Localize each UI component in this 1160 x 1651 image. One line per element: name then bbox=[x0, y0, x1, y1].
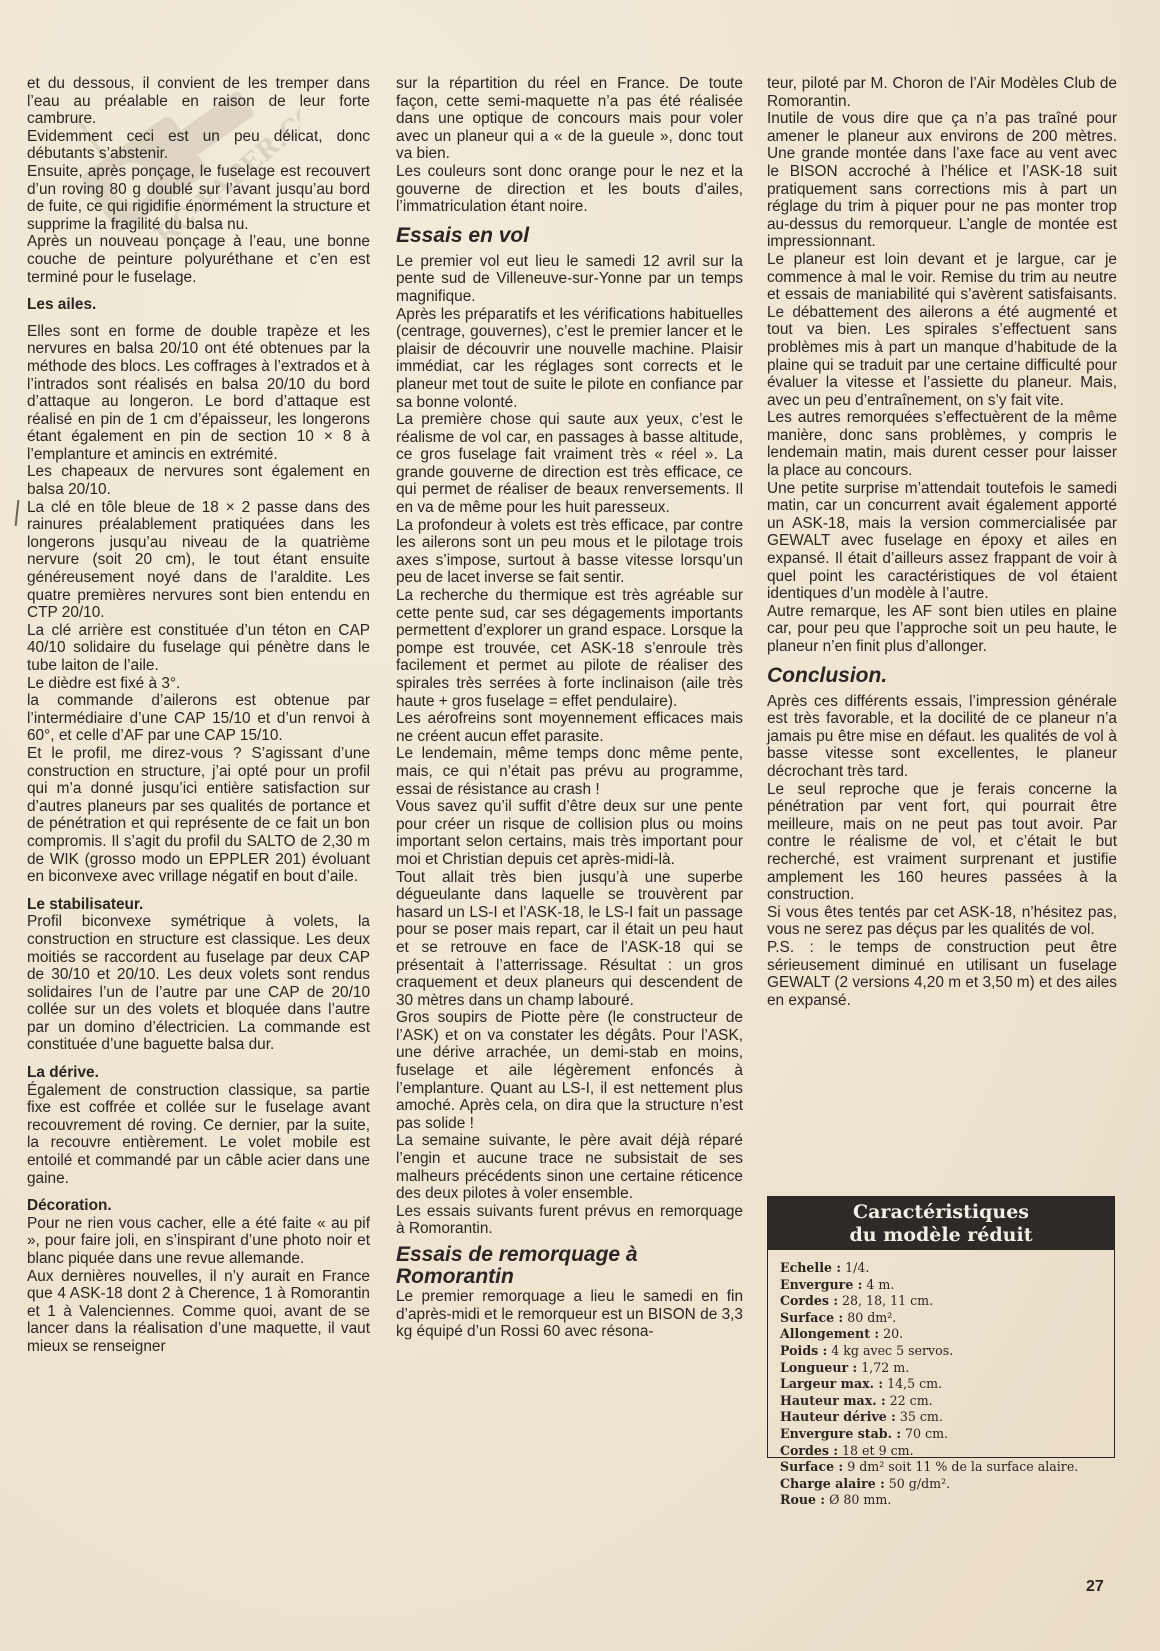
paragraph: Après un nouveau ponçage à l’eau, une bo… bbox=[27, 233, 370, 286]
paragraph: P.S. : le temps de construction peut êtr… bbox=[767, 939, 1117, 1009]
paragraph: Une petite surprise m’attendait toutefoi… bbox=[767, 480, 1117, 603]
subheading-stabilisateur: Le stabilisateur. bbox=[27, 896, 370, 914]
paragraph: Profil biconvexe symétrique à volets, la… bbox=[27, 913, 370, 1054]
specifications-title-line-1: Caractéristiques bbox=[768, 1201, 1114, 1224]
spec-item: Echelle : 1/4. bbox=[780, 1260, 1102, 1277]
paragraph: Aux dernières nouvelles, il n’y aurait e… bbox=[27, 1268, 370, 1356]
specifications-list: Echelle : 1/4. Envergure : 4 m. Cordes :… bbox=[768, 1250, 1114, 1509]
paragraph: La profondeur à volets est très efficace… bbox=[396, 517, 743, 587]
paragraph: Le dièdre est fixé à 3°. bbox=[27, 675, 370, 693]
paragraph: et du dessous, il convient de les trempe… bbox=[27, 75, 370, 128]
paragraph: La clé arrière est constituée d’un téton… bbox=[27, 622, 370, 675]
paragraph: Les essais suivants furent prévus en rem… bbox=[396, 1203, 743, 1238]
margin-pencil-mark bbox=[15, 500, 20, 526]
paragraph: La semaine suivante, le père avait déjà … bbox=[396, 1132, 743, 1202]
paragraph: Les aérofreins sont moyennement efficace… bbox=[396, 710, 743, 745]
paragraph: La recherche du thermique est très agréa… bbox=[396, 587, 743, 710]
spec-item: Envergure : 4 m. bbox=[780, 1277, 1102, 1294]
spec-item: Largeur max. : 14,5 cm. bbox=[780, 1376, 1102, 1393]
article-column-2: sur la répartition du réel en France. De… bbox=[396, 75, 743, 1341]
article-column-3: teur, piloté par M. Choron de l’Air Modè… bbox=[767, 75, 1117, 1009]
paragraph: Le planeur est loin devant et je largue,… bbox=[767, 251, 1117, 409]
subheading-derive: La dérive. bbox=[27, 1064, 370, 1082]
paragraph: Elles sont en forme de double trapèze et… bbox=[27, 323, 370, 464]
paragraph: Après les préparatifs et les vérificatio… bbox=[396, 306, 743, 412]
spec-item: Surface : 9 dm² soit 11 % de la surface … bbox=[780, 1459, 1102, 1476]
paragraph: Le seul reproche que je ferais concerne … bbox=[767, 781, 1117, 904]
spec-item: Longueur : 1,72 m. bbox=[780, 1360, 1102, 1377]
specifications-title: Caractéristiques du modèle réduit bbox=[768, 1197, 1114, 1250]
paragraph: Le premier vol eut lieu le samedi 12 avr… bbox=[396, 253, 743, 306]
paragraph: Après ces différents essais, l’impressio… bbox=[767, 693, 1117, 781]
paragraph: Et le profil, me direz-vous ? S’agissant… bbox=[27, 745, 370, 886]
paragraph: Les couleurs sont donc orange pour le ne… bbox=[396, 163, 743, 216]
section-heading-essais-en-vol: Essais en vol bbox=[396, 225, 743, 247]
specifications-box: Caractéristiques du modèle réduit Echell… bbox=[767, 1196, 1115, 1458]
paragraph: La première chose qui saute aux yeux, c’… bbox=[396, 411, 743, 517]
paragraph: Ensuite, après ponçage, le fuselage est … bbox=[27, 163, 370, 233]
spec-item: Cordes : 18 et 9 cm. bbox=[780, 1443, 1102, 1460]
paragraph: Le premier remorquage a lieu le samedi e… bbox=[396, 1288, 743, 1341]
paragraph: Gros soupirs de Piotte père (le construc… bbox=[396, 1009, 743, 1132]
spec-item: Hauteur max. : 22 cm. bbox=[780, 1393, 1102, 1410]
specifications-title-line-2: du modèle réduit bbox=[768, 1224, 1114, 1247]
spec-item: Cordes : 28, 18, 11 cm. bbox=[780, 1293, 1102, 1310]
paragraph: Également de construction classique, sa … bbox=[27, 1082, 370, 1188]
paragraph: sur la répartition du réel en France. De… bbox=[396, 75, 743, 163]
spec-item: Hauteur dérive : 35 cm. bbox=[780, 1409, 1102, 1426]
spec-item: Allongement : 20. bbox=[780, 1326, 1102, 1343]
spec-item: Poids : 4 kg avec 5 servos. bbox=[780, 1343, 1102, 1360]
paragraph: teur, piloté par M. Choron de l’Air Modè… bbox=[767, 75, 1117, 110]
paragraph: Pour ne rien vous cacher, elle a été fai… bbox=[27, 1215, 370, 1268]
paragraph: Evidemment ceci est un peu délicat, donc… bbox=[27, 128, 370, 163]
subheading-ailes: Les ailes. bbox=[27, 296, 370, 314]
subheading-decoration: Décoration. bbox=[27, 1197, 370, 1215]
page-number: 27 bbox=[1086, 1578, 1104, 1596]
paragraph: Le lendemain, même temps donc même pente… bbox=[396, 745, 743, 798]
section-heading-conclusion: Conclusion. bbox=[767, 665, 1117, 687]
article-column-1: et du dessous, il convient de les trempe… bbox=[27, 75, 370, 1356]
paragraph: La clé en tôle bleue de 18 × 2 passe dan… bbox=[27, 499, 370, 622]
paragraph: la commande d’ailerons est obtenue par l… bbox=[27, 692, 370, 745]
paragraph: Vous savez qu’il suffit d’être deux sur … bbox=[396, 798, 743, 868]
paragraph: Inutile de vous dire que ça n’a pas traî… bbox=[767, 110, 1117, 251]
paragraph: Si vous êtes tentés par cet ASK-18, n’hé… bbox=[767, 904, 1117, 939]
spec-item: Surface : 80 dm². bbox=[780, 1310, 1102, 1327]
spec-item: Charge alaire : 50 g/dm². bbox=[780, 1476, 1102, 1493]
spec-item: Roue : Ø 80 mm. bbox=[780, 1492, 1102, 1509]
paragraph: Tout allait très bien jusqu’à une superb… bbox=[396, 869, 743, 1010]
paragraph: Autre remarque, les AF sont bien utiles … bbox=[767, 603, 1117, 656]
paragraph: Les autres remorquées s’effectuèrent de … bbox=[767, 409, 1117, 479]
spec-item: Envergure stab. : 70 cm. bbox=[780, 1426, 1102, 1443]
paragraph: Les chapeaux de nervures sont également … bbox=[27, 463, 370, 498]
section-heading-remorquage: Essais de remorquage à Romorantin bbox=[396, 1244, 743, 1288]
